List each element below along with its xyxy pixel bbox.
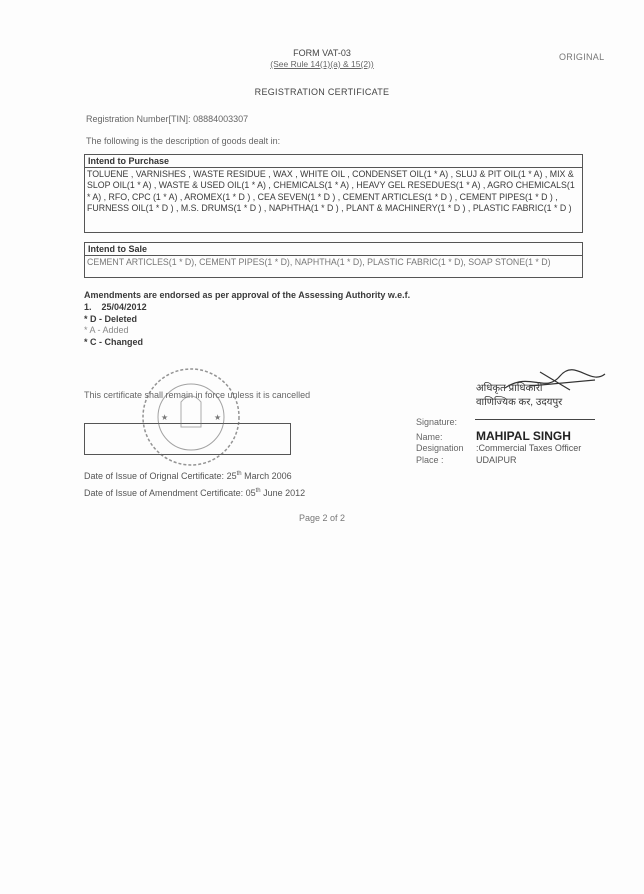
sale-heading: Intend to Sale bbox=[85, 243, 582, 256]
signatory-name: MAHIPAL SINGH bbox=[476, 429, 581, 443]
form-title: FORM VAT-03 bbox=[0, 48, 644, 58]
registration-value: 08884003307 bbox=[193, 114, 248, 124]
signature-label: Signature: bbox=[416, 417, 464, 429]
issue-dates: Date of Issue of Orignal Certificate: 25… bbox=[84, 467, 305, 501]
intend-to-purchase-box: Intend to Purchase TOLUENE , VARNISHES ,… bbox=[84, 154, 583, 233]
signatory-place: UDAIPUR bbox=[476, 455, 581, 467]
signature-line bbox=[475, 419, 595, 420]
description-intro: The following is the description of good… bbox=[86, 136, 280, 146]
intend-to-sale-box: Intend to Sale CEMENT ARTICLES(1 * D), C… bbox=[84, 242, 583, 278]
signatory-values: MAHIPAL SINGH :Commercial Taxes Officer … bbox=[476, 429, 581, 466]
rule-reference: (See Rule 14(1)(a) & 15(2)) bbox=[0, 59, 644, 69]
legend-changed: * C - Changed bbox=[84, 337, 410, 349]
place-label: Place : bbox=[416, 455, 464, 467]
signatory-designation: :Commercial Taxes Officer bbox=[476, 443, 581, 455]
name-label: Name: bbox=[416, 432, 464, 444]
amendment-entry: 1. 25/04/2012 bbox=[84, 302, 410, 314]
purchase-goods-list: TOLUENE , VARNISHES , WASTE RESIDUE , WA… bbox=[85, 168, 582, 217]
authority-hindi-stamp: अधिकृत प्राधिकारी वाणिज्यिक कर, उदयपुर bbox=[476, 380, 562, 408]
official-seal-icon: ★ ★ bbox=[136, 362, 246, 472]
copy-label: ORIGINAL bbox=[559, 52, 604, 62]
registration-number: Registration Number[TIN]: 08884003307 bbox=[86, 114, 248, 124]
page-number: Page 2 of 2 bbox=[0, 513, 644, 523]
registration-label: Registration Number[TIN]: bbox=[86, 114, 191, 124]
svg-text:★: ★ bbox=[161, 413, 168, 422]
amendments-section: Amendments are endorsed as per approval … bbox=[84, 290, 410, 349]
svg-text:★: ★ bbox=[214, 413, 221, 422]
signatory-labels: Signature: Name: Designation Place : bbox=[416, 417, 464, 466]
amendments-heading: Amendments are endorsed as per approval … bbox=[84, 290, 410, 302]
legend-deleted: * D - Deleted bbox=[84, 314, 410, 326]
designation-label: Designation bbox=[416, 443, 464, 455]
amendment-issue-date: Date of Issue of Amendment Certificate: … bbox=[84, 484, 305, 501]
certificate-title: REGISTRATION CERTIFICATE bbox=[0, 87, 644, 97]
purchase-heading: Intend to Purchase bbox=[85, 155, 582, 168]
legend-added: * A - Added bbox=[84, 325, 410, 337]
sale-goods-list: CEMENT ARTICLES(1 * D), CEMENT PIPES(1 *… bbox=[85, 256, 582, 270]
original-issue-date: Date of Issue of Orignal Certificate: 25… bbox=[84, 467, 305, 484]
